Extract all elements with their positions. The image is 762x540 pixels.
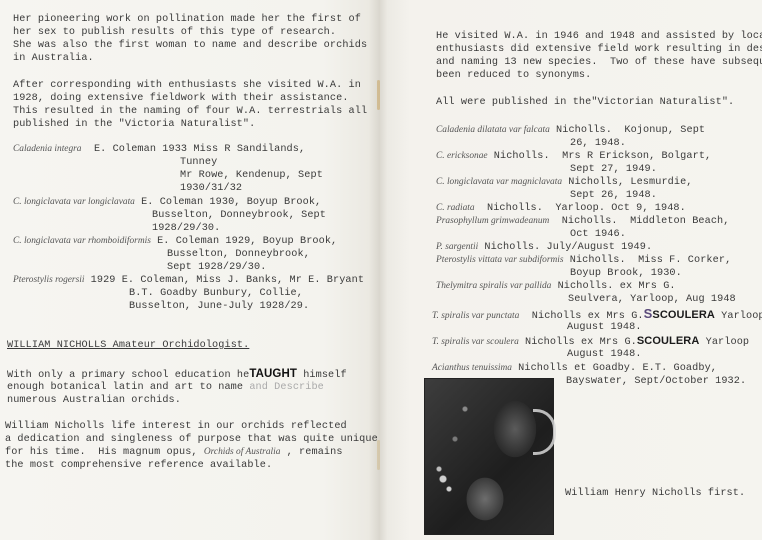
species-detail: August 1948. <box>567 321 642 334</box>
species-entry: C. ericksonae Nicholls. Mrs R Erickson, … <box>436 150 711 163</box>
species-entry: Thelymitra spiralis var pallida Nicholls… <box>436 280 676 293</box>
species-name: Caladenia integra <box>13 144 82 154</box>
species-name: T. spiralis var punctata <box>432 311 519 321</box>
species-entry: P. sargentii Nicholls. July/August 1949. <box>436 241 652 254</box>
species-detail: Nicholls. Mrs R Erickson, Bolgart, <box>494 151 711 162</box>
text-line: a dedication and singleness of purpose t… <box>5 433 378 446</box>
species-name: C. ericksonae <box>436 151 488 161</box>
species-entry: Acianthus tenuissima Nicholls et Goadby.… <box>432 362 717 375</box>
species-detail: 1929 E. Coleman, Miss J. Banks, Mr E. Br… <box>91 275 364 286</box>
species-name: C. radiata <box>436 203 475 213</box>
species-detail: 26, 1948. <box>570 137 626 150</box>
species-detail: Sept 27, 1949. <box>570 163 657 176</box>
species-name: C. longiclavata var rhomboidiformis <box>13 236 151 246</box>
species-detail: Nicholls, Lesmurdie, <box>568 177 692 188</box>
text-line: After corresponding with enthusiasts she… <box>13 79 361 92</box>
species-name: Pterostylis rogersii <box>13 275 84 285</box>
species-name: C. longiclavata var magniclavata <box>436 177 562 187</box>
stamp-overlay: SSCOULERA <box>644 309 715 321</box>
heading-subtitle: Amateur Orchidologist. <box>106 340 249 351</box>
text-line: 1928, doing extensive fieldwork with the… <box>13 92 349 105</box>
glasses-shape <box>533 409 556 455</box>
stamp-overlay: SCOULERA <box>637 335 700 347</box>
text-fragment: himself <box>303 370 347 381</box>
text-line: been reduced to synonyms. <box>436 69 591 82</box>
text-line: and naming 13 new species. Two of these … <box>436 56 762 69</box>
species-name: P. sargentii <box>436 242 478 252</box>
species-detail: August 1948. <box>567 348 642 361</box>
species-name: Thelymitra spiralis var pallida <box>436 281 551 291</box>
species-detail: Sept 1928/29/30. <box>167 261 266 274</box>
text-fragment: With only a primary school education he <box>7 370 249 381</box>
photo-caption: William Henry Nicholls first. <box>565 487 745 500</box>
species-detail: Oct 1946. <box>570 228 626 241</box>
species-entry: T. spiralis var scoulera Nicholls ex Mrs… <box>432 335 749 349</box>
species-name: Acianthus tenuissima <box>432 363 512 373</box>
text-line: William Nicholls life interest in our or… <box>5 420 347 433</box>
text-line: He visited W.A. in 1946 and 1948 and ass… <box>436 30 762 43</box>
text-line: enough botanical latin and art to name a… <box>7 381 324 394</box>
species-entry: Pterostylis vittata var subdiformis Nich… <box>436 254 731 267</box>
text-fragment: for his time. His magnum opus, <box>5 447 204 458</box>
species-detail: 1928/29/30. <box>152 222 220 235</box>
book-title: Orchids of Australia <box>204 447 281 457</box>
text-line: enthusiasts did extensive field work res… <box>436 43 762 56</box>
species-name: T. spiralis var scoulera <box>432 337 519 347</box>
portrait-photo <box>424 378 554 535</box>
species-detail: E. Coleman 1930, Boyup Brook, <box>141 197 321 208</box>
text-line: in Australia. <box>13 52 94 65</box>
species-name: Pterostylis vittata var subdiformis <box>436 255 564 265</box>
species-detail: Boyup Brook, 1930. <box>570 267 682 280</box>
species-detail: 1930/31/32 <box>180 182 242 195</box>
species-detail: Nicholls. Yarloop. Oct 9, 1948. <box>487 203 686 214</box>
species-detail: Sept 26, 1948. <box>570 189 657 202</box>
species-detail: E. Coleman 1933 Miss R Sandilands, <box>94 144 305 155</box>
text-line: numerous Australian orchids. <box>7 394 181 407</box>
species-name: Prasophyllum grimwadeanum <box>436 216 549 226</box>
text-fragment: enough botanical latin and art to name <box>7 382 249 393</box>
faint-text: and Describe <box>249 382 324 393</box>
species-detail: Seulvera, Yarloop, Aug 1948 <box>568 293 736 306</box>
text-line: her sex to publish results of this type … <box>13 26 336 39</box>
species-entry: C. longiclavata var longiclavata E. Cole… <box>13 196 321 209</box>
species-name: Caladenia dilatata var falcata <box>436 125 550 135</box>
species-detail: Nicholls. ex Mrs G. <box>558 281 676 292</box>
species-detail: Mr Rowe, Kendenup, Sept <box>180 169 323 182</box>
species-detail: Tunney <box>180 156 217 169</box>
species-entry: C. radiata Nicholls. Yarloop. Oct 9, 194… <box>436 202 686 215</box>
text-line: for his time. His magnum opus, Orchids o… <box>5 446 343 459</box>
species-detail: Nicholls. Miss F. Corker, <box>570 255 732 266</box>
species-detail: Yarloop <box>721 311 762 322</box>
text-line: Her pioneering work on pollination made … <box>13 13 361 26</box>
published-note: All were published in the"Victorian Natu… <box>436 96 734 109</box>
species-detail: Busselton, Donneybrook, Sept <box>152 209 326 222</box>
section-heading: WILLIAM NICHOLLS Amateur Orchidologist. <box>7 339 249 352</box>
text-line: published in the "Victoria Naturalist". <box>13 118 255 131</box>
spine-staple-mark <box>377 80 380 110</box>
text-line: the most comprehensive reference availab… <box>5 459 272 472</box>
stamp-text: SCOULERA <box>652 309 715 321</box>
species-entry: C. longiclavata var rhomboidiformis E. C… <box>13 235 337 248</box>
text-line: This resulted in the naming of four W.A.… <box>13 105 367 118</box>
species-detail: Busselton, Donneybrook, <box>167 248 310 261</box>
species-entry: Caladenia dilatata var falcata Nicholls.… <box>436 124 705 137</box>
species-detail: Bayswater, Sept/October 1932. <box>566 375 746 388</box>
species-detail: Busselton, June-July 1928/29. <box>129 300 309 313</box>
text-fragment: , remains <box>280 447 342 458</box>
species-detail: Nicholls et Goadby. E.T. Goadby, <box>518 363 717 374</box>
species-detail: Nicholls. Middleton Beach, <box>562 216 730 227</box>
species-name: C. longiclavata var longiclavata <box>13 197 135 207</box>
species-entry: Pterostylis rogersii 1929 E. Coleman, Mi… <box>13 274 364 287</box>
species-entry: Prasophyllum grimwadeanum Nicholls. Midd… <box>436 215 729 228</box>
text-line: With only a primary school education heT… <box>7 368 347 382</box>
species-detail: B.T. Goadby Bunbury, Collie, <box>129 287 303 300</box>
text-line: She was also the first woman to name and… <box>13 39 367 52</box>
species-detail: Nicholls. Kojonup, Sept <box>556 125 705 136</box>
species-detail: E. Coleman 1929, Boyup Brook, <box>157 236 337 247</box>
species-detail: Nicholls ex Mrs G. <box>525 337 637 348</box>
species-entry: C. longiclavata var magniclavata Nicholl… <box>436 176 693 189</box>
species-entry: Caladenia integra E. Coleman 1933 Miss R… <box>13 143 305 156</box>
heading-name: WILLIAM NICHOLLS <box>7 340 106 351</box>
overlay-word: TAUGHT <box>249 368 297 380</box>
species-detail: Nicholls. July/August 1949. <box>484 242 652 253</box>
species-detail: Yarloop <box>706 337 750 348</box>
